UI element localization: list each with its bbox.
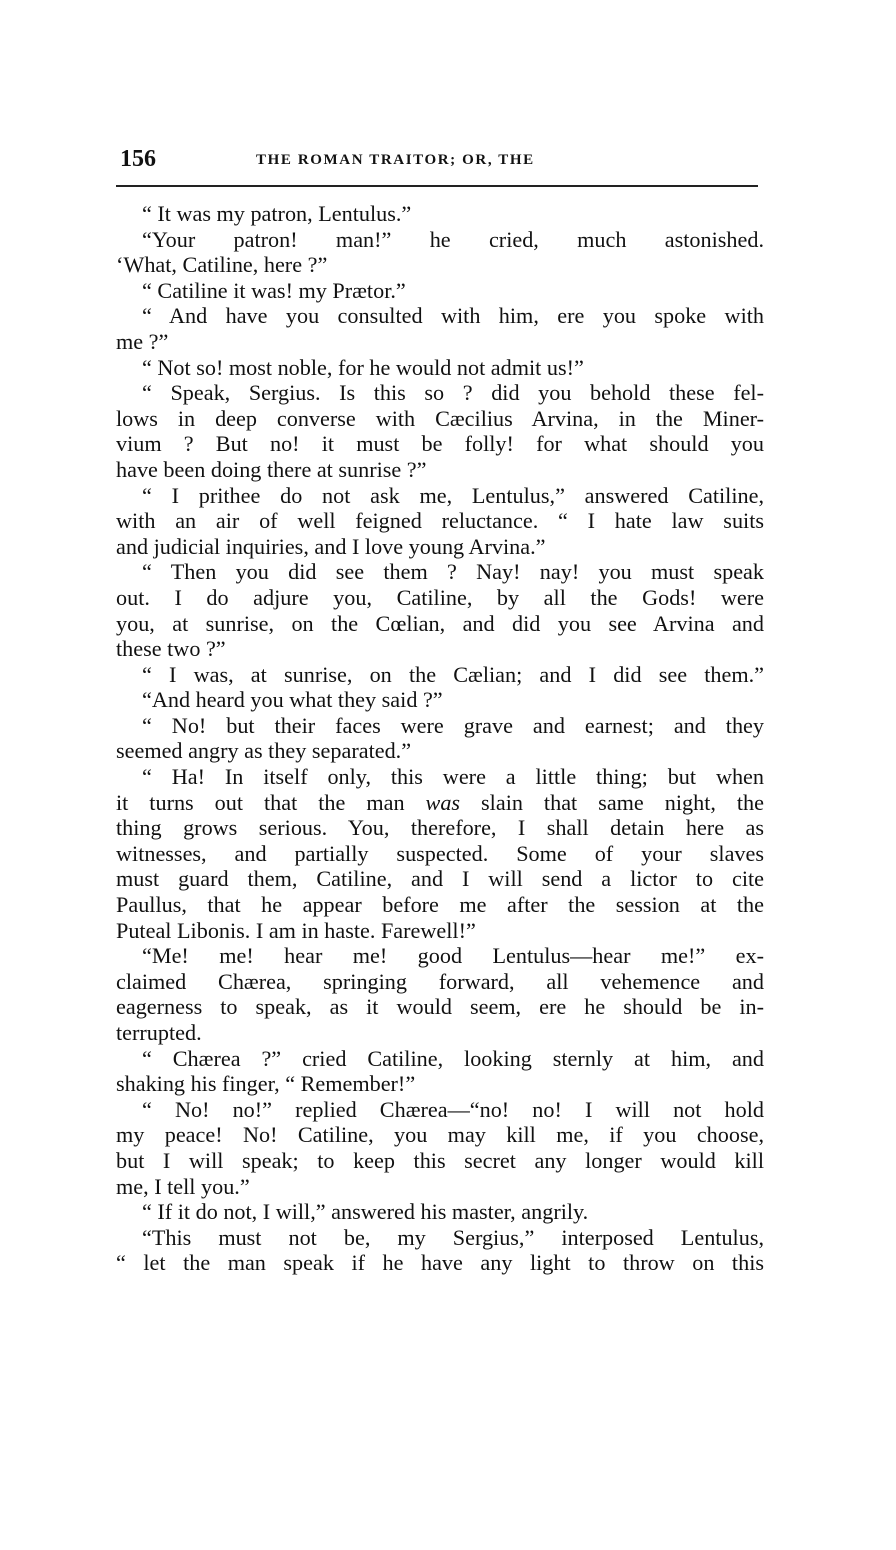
text-line: “ And have you consulted with him, ere y… <box>116 303 764 329</box>
text-line: “ I was, at sunrise, on the Cælian; and … <box>116 662 764 688</box>
text-line: “This must not be, my Sergius,” interpos… <box>116 1225 764 1251</box>
text-line: “ It was my patron, Lentulus.” <box>116 201 764 227</box>
text-line: thing grows serious. You, therefore, I s… <box>116 815 764 841</box>
text-line: ‘What, Catiline, here ?” <box>116 252 764 278</box>
text-line: eagerness to speak, as it would seem, er… <box>116 994 764 1020</box>
text-line: lows in deep converse with Cæcilius Arvi… <box>116 406 764 432</box>
text-line: Puteal Libonis. I am in haste. Farewell!… <box>116 918 764 944</box>
text-line: it turns out that the man was slain that… <box>116 790 764 816</box>
text-line: you, at sunrise, on the Cœlian, and did … <box>116 611 764 637</box>
text-line: my peace! No! Catiline, you may kill me,… <box>116 1122 764 1148</box>
text-line: with an air of well feigned reluctance. … <box>116 508 764 534</box>
text-line: have been doing there at sunrise ?” <box>116 457 764 483</box>
text-line: “Your patron! man!” he cried, much aston… <box>116 227 764 253</box>
text-line: “ I prithee do not ask me, Lentulus,” an… <box>116 483 764 509</box>
text-fragment: slain that same night, the <box>460 790 764 815</box>
book-page: 156 THE ROMAN TRAITOR; OR, THE “ It was … <box>116 140 766 178</box>
text-line: terrupted. <box>116 1020 764 1046</box>
text-line: “And heard you what they said ?” <box>116 687 764 713</box>
text-line: “ Catiline it was! my Prætor.” <box>116 278 764 304</box>
text-line: and judicial inquiries, and I love young… <box>116 534 764 560</box>
text-line: me ?” <box>116 329 764 355</box>
body-text: “ It was my patron, Lentulus.” “Your pat… <box>116 201 764 1276</box>
text-line: must guard them, Catiline, and I will se… <box>116 866 764 892</box>
text-line: witnesses, and partially suspected. Some… <box>116 841 764 867</box>
text-line: but I will speak; to keep this secret an… <box>116 1148 764 1174</box>
text-line: out. I do adjure you, Catiline, by all t… <box>116 585 764 611</box>
text-line: “ Chærea ?” cried Catiline, looking ster… <box>116 1046 764 1072</box>
header-rule <box>116 185 758 187</box>
text-line: “ Not so! most noble, for he would not a… <box>116 355 764 381</box>
text-line: “ let the man speak if he have any light… <box>116 1250 764 1276</box>
text-line: “ Ha! In itself only, this were a little… <box>116 764 764 790</box>
text-line: “ No! no!” replied Chærea—“no! no! I wil… <box>116 1097 764 1123</box>
text-line: “ No! but their faces were grave and ear… <box>116 713 764 739</box>
running-title: THE ROMAN TRAITOR; OR, THE <box>256 152 535 169</box>
text-line: Paullus, that he appear before me after … <box>116 892 764 918</box>
running-head: 156 THE ROMAN TRAITOR; OR, THE <box>116 140 766 178</box>
text-line: claimed Chærea, springing forward, all v… <box>116 969 764 995</box>
text-line: “ If it do not, I will,” answered his ma… <box>116 1199 764 1225</box>
text-line: “Me! me! hear me! good Lentulus—hear me!… <box>116 943 764 969</box>
text-line: “ Speak, Sergius. Is this so ? did you b… <box>116 380 764 406</box>
page-number: 156 <box>120 146 156 173</box>
text-line: “ Then you did see them ? Nay! nay! you … <box>116 559 764 585</box>
emphasized-word: was <box>426 790 461 815</box>
text-fragment: it turns out that the man <box>116 790 426 815</box>
text-line: vium ? But no! it must be folly! for wha… <box>116 431 764 457</box>
text-line: shaking his finger, “ Remember!” <box>116 1071 764 1097</box>
text-line: me, I tell you.” <box>116 1174 764 1200</box>
text-line: these two ?” <box>116 636 764 662</box>
text-line: seemed angry as they separated.” <box>116 738 764 764</box>
